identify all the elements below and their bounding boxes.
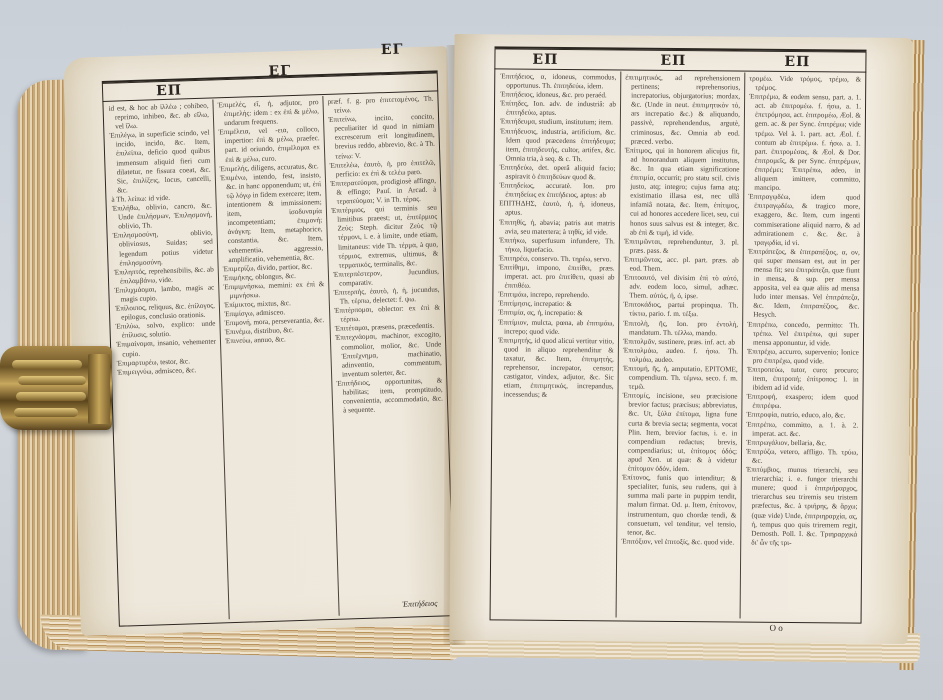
dictionary-entry: Ἐπιτηδεύω, det. operâ aliquid facio; asp… bbox=[499, 163, 615, 182]
dictionary-entry: Ἐπιτρέχω, accurro, supervenio; Ionice pr… bbox=[747, 347, 859, 366]
dictionary-entry: Ἐπιτερατεύομαι, prodigiosè affingo, & ef… bbox=[330, 176, 437, 207]
dictionary-entry: Ἐπιτολὴ, ῆς, Ion. pro ἐντολή, mandatum. … bbox=[623, 319, 738, 338]
running-head: ΕΓ bbox=[381, 41, 404, 58]
text-column-3: τρομέω. Vide τρόμος, τρέμω, & τρέμος. Ἐπ… bbox=[745, 75, 862, 608]
dictionary-entry: Ἐπίτιμος, qui in honorem alicujus fit, a… bbox=[624, 146, 740, 238]
dictionary-entry: τρομέω. Vide τρόμος, τρέμω, & τρέμος. bbox=[749, 75, 861, 94]
dictionary-entry: Ἐπιτήκω, superfusum infundere, Th. τήκω,… bbox=[499, 236, 615, 255]
brass-clasp bbox=[0, 346, 112, 430]
dictionary-entry: Ἐπιμένω, intendo, fest, insisto, &c. in … bbox=[220, 171, 324, 265]
dictionary-entry: Ἐπιτοκάδιος, partui propinqua. Th. τίκτω… bbox=[623, 301, 738, 320]
running-head: ΕΓ bbox=[268, 63, 291, 80]
dictionary-entry: Ἐπιτρύζω, vetero, affligo. Th. τρύω, &c. bbox=[746, 447, 858, 466]
dictionary-entry: Ἐπιτροφία, nutrio, educo, alo, &c. bbox=[746, 411, 858, 421]
text-column-2: Ἐπιμελές, εῖ, ἡ, adjutor, pro ἐπιμελής: … bbox=[217, 98, 334, 619]
clasp-finger bbox=[16, 392, 86, 401]
dictionary-entry: Ἐπιτίθημι, impono, ἐπιτίθει, præs. imper… bbox=[498, 263, 614, 291]
dictionary-entry: Ἐπιλησμοσύνη, oblivio, obliviosus, Suida… bbox=[113, 229, 214, 268]
dictionary-entry: Ἐπιτήδευμα, studium, institutum; item. bbox=[500, 118, 616, 128]
dictionary-entry: Ἐπιτομή, ῆς, ἡ, amputatio, EPITOME, comp… bbox=[623, 364, 738, 392]
dictionary-entry: Ἐπιτοαυτό, vel divisim ἐπὶ τὸ αὐτό, adv.… bbox=[623, 274, 738, 302]
dictionary-entry: Ἐπιτρέμω, & eodem sensu, part. a. 1. act… bbox=[748, 93, 861, 194]
dictionary-entry: Ἐπιτόξιον, vel ἐπιτοξίς, &c. quod vide. bbox=[621, 537, 736, 547]
dictionary-entry: Ἐπιτιμῶντας, acc. pl. part. præs. ab eod… bbox=[624, 255, 739, 274]
text-column-2: ἐπιτιμητικός, ad reprehensionem pertinen… bbox=[621, 74, 741, 619]
clasp-finger bbox=[14, 408, 78, 417]
dictionary-entry: Ἐπιτιμῶνται, reprehenduntur, 3. pl. præs… bbox=[624, 237, 739, 256]
text-column-3: præf. f. g. pro ἐπιτεταμένος, Th. τείνω.… bbox=[327, 95, 449, 598]
running-head: ΕΠ bbox=[156, 82, 182, 99]
dictionary-entry: Ἐπιτιμητής, id quod alicui vertitur viti… bbox=[497, 336, 614, 401]
dictionary-entry: Ἐπίτηδες, Ion. adv. de industriâ: ab ἐπι… bbox=[500, 100, 616, 119]
clasp-finger bbox=[18, 376, 86, 385]
dictionary-entry: Ἐπιτολμάω, audeo. f. ήσω. Th. τολμάω, au… bbox=[623, 346, 738, 365]
dictionary-entry: Ἐπιλήθω, oblivio, cancro, &c. Unde ἐπιλή… bbox=[112, 202, 213, 232]
dictionary-entry: ἐπιτιμητικός, ad reprehensionem pertinen… bbox=[625, 74, 741, 148]
running-head: ΕΠ bbox=[660, 53, 686, 69]
dictionary-entry: Ἐπιτίμιον, mulcta, pœna, ab ἐπιτιμάω, in… bbox=[498, 318, 614, 337]
dictionary-entry: Ἐπιτράπεζος, & ἐπιτραπέζιος, α, ον, qui … bbox=[747, 247, 860, 321]
dictionary-entry: Ἐπιλέγω, in superficie scindo, vel incid… bbox=[109, 129, 211, 196]
catchword: Ἐπιτήδειος bbox=[402, 599, 437, 609]
text-column-1: id est, & hoc ab ἰλλέω ; cohibeo, reprim… bbox=[109, 102, 225, 623]
dictionary-entry: Ἐπιτηδείως, accuratè. Ion. pro ἐπιτηδείω… bbox=[499, 182, 615, 201]
clasp-finger bbox=[12, 360, 82, 369]
dictionary-entry: Ἐπίτονος, funis quo intenditur; & specia… bbox=[621, 474, 737, 539]
dictionary-entry: Ἐπιτραγῳδέω, idem quod ἐπιτραγῳδέω, & tr… bbox=[748, 193, 860, 249]
dictionary-entry: Ἐπιτομίς, incisione, seu præcisione brev… bbox=[622, 392, 738, 475]
dictionary-entry: Ἐπιτήδευσις, industria, artificium, &c. … bbox=[500, 127, 616, 164]
right-page: ΕΠ ΕΠ ΕΠ Ἐπιτήδειος, α, idoneus, commodu… bbox=[449, 34, 912, 644]
dictionary-entry: id est, & hoc ab ἰλλέω ; cohibeo, reprim… bbox=[109, 102, 210, 132]
dictionary-entry: Ἐπινεύω, annuo, &c. bbox=[225, 334, 326, 346]
dictionary-entry: Ἐπιτηθίς, ἡ, abavia; patris aut matris a… bbox=[499, 218, 615, 237]
dictionary-entry: ΕΠΙΤΗΔΗΣ, ἑαυτὸ, ἡ, ἡ, idoneus, aptus. bbox=[499, 200, 615, 219]
dictionary-entry: Ἐπιτροφή, exaspero; idem quod ἐπιτρέφω. bbox=[746, 393, 858, 412]
clasp-plate bbox=[88, 354, 110, 424]
dictionary-entry: Ἐπιτείνω, incito, concito, peculiariter … bbox=[328, 113, 435, 162]
dictionary-entry: Ἐπιτήδειος, α, idoneus, commodus, opport… bbox=[500, 72, 616, 91]
left-page: ΕΠ ΕΓ ΕΓ id est, & hoc ab ἰλλέω ; cohibe… bbox=[63, 46, 465, 636]
running-head: ΕΠ bbox=[532, 52, 558, 68]
dictionary-entry: Ἐπιτύμβιος, munus trierarchi, seu triera… bbox=[745, 466, 858, 549]
running-head: ΕΠ bbox=[784, 54, 810, 70]
dictionary-entry: Ἐπιτρέπω, committo, a. 1. à. 2. imperat.… bbox=[746, 420, 858, 439]
dictionary-entry: Ἐπιτρέπω, concedo, permitto: Th. τρέπω. … bbox=[747, 320, 859, 348]
dictionary-entry: Ἐπιτροπεύω, tutor, curo; procuro; item, … bbox=[747, 366, 859, 394]
dictionary-entry: Ἐπιτέρμιος, qui terminis seu limitibus p… bbox=[331, 204, 439, 271]
dictionary-entry: Ἐπιμελές, εῖ, ἡ, adjutor, pro ἐπιμελής: … bbox=[217, 98, 319, 128]
dictionary-entry: Ἐπιτήδειος, opportunitas, & habilitas; i… bbox=[336, 376, 443, 416]
photo-scene: ΕΠ ΕΓ ΕΓ id est, & hoc ab ἰλλέω ; cohibe… bbox=[0, 0, 943, 700]
page-signature: O o bbox=[769, 623, 782, 633]
text-column-1: Ἐπιτήδειος, α, idoneus, commodus, opport… bbox=[496, 72, 617, 617]
dictionary-entry: Ἐπιμέλεια, vel -εια, colloco, impertior:… bbox=[218, 125, 320, 165]
dictionary-entry: Ἐπιτιμία, ας, ἡ, increpatio: & bbox=[498, 309, 614, 319]
dictionary-entry: Ἐπιτεχνάομαι, machinor, excogito, commol… bbox=[335, 331, 442, 380]
